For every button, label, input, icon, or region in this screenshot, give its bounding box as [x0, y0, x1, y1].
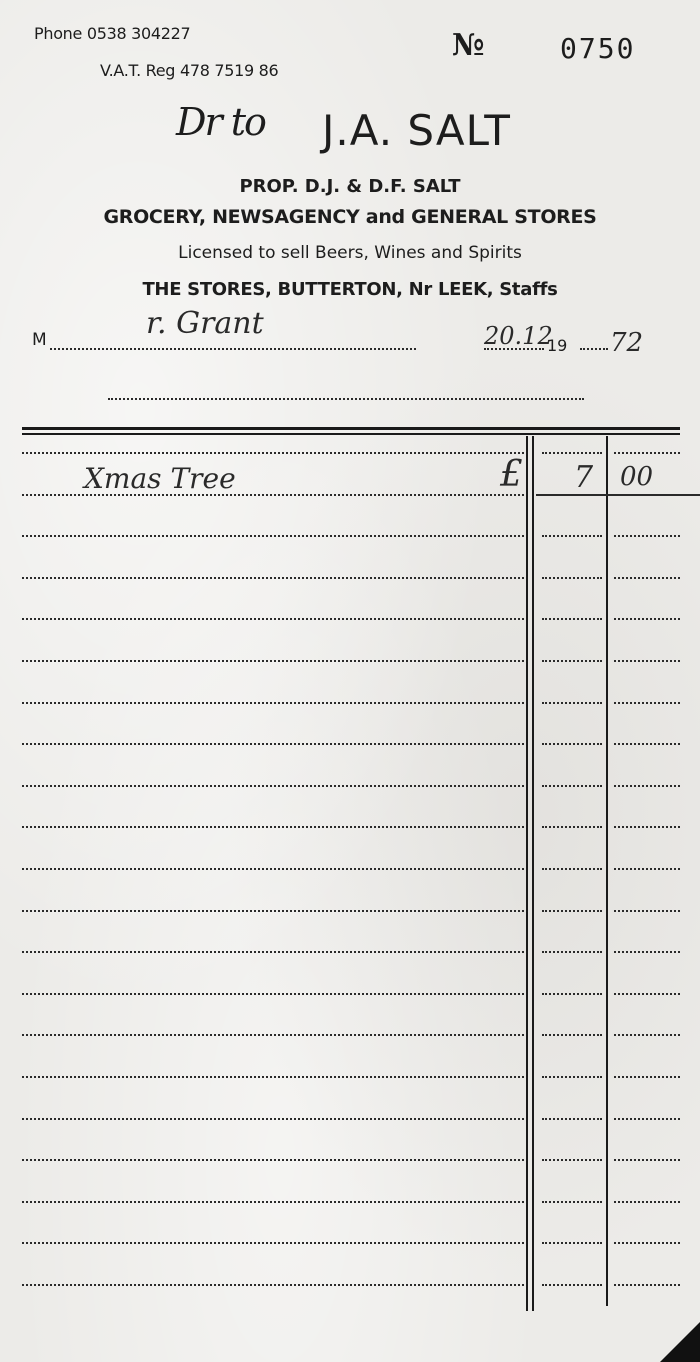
pounds-row-line	[542, 1076, 602, 1078]
pence-row-line	[614, 618, 680, 620]
description-row-line	[22, 993, 524, 995]
license-text: Licensed to sell Beers, Wines and Spirit…	[0, 243, 700, 263]
pence-row-line	[614, 993, 680, 995]
pounds-row-line	[542, 1201, 602, 1203]
pounds-row-line	[542, 1118, 602, 1120]
description-row-line	[22, 660, 524, 662]
year-line	[580, 348, 608, 350]
customer-name-line	[50, 348, 416, 350]
pence-row-line	[614, 826, 680, 828]
debtor-prefix: Dr to	[176, 100, 265, 144]
pence-row-line	[614, 1159, 680, 1161]
description-row-line	[22, 1034, 524, 1036]
table-top-rule	[22, 427, 680, 430]
description-row-line	[22, 452, 524, 454]
pence-row-line	[614, 785, 680, 787]
table-top-rule-inner	[22, 433, 680, 435]
pence-row-line	[614, 1118, 680, 1120]
pounds-row-line	[542, 993, 602, 995]
description-row-line	[22, 577, 524, 579]
pence-row-line	[614, 452, 680, 454]
pence-row-line	[614, 1034, 680, 1036]
description-row-line	[22, 702, 524, 704]
description-row-line	[22, 1201, 524, 1203]
pence-row-line	[614, 702, 680, 704]
pence-row-line	[614, 577, 680, 579]
number-label: №	[452, 28, 485, 63]
pence-row-line	[614, 743, 680, 745]
pounds-row-line	[542, 1034, 602, 1036]
store-address: THE STORES, BUTTERTON, Nr LEEK, Staffs	[0, 279, 700, 300]
description-row-line	[22, 910, 524, 912]
salutation-label: M	[32, 330, 47, 350]
description-row-line	[22, 1284, 524, 1286]
address-line	[108, 398, 584, 400]
item-description: Xmas Tree	[84, 462, 236, 495]
currency-symbol: £	[500, 454, 523, 495]
invoice-number: 0750	[560, 32, 635, 65]
firm-name: J.A. SALT	[322, 106, 511, 155]
pence-row-line	[614, 660, 680, 662]
column-divider-pence	[606, 436, 608, 1306]
description-row-line	[22, 868, 524, 870]
century-label: 19	[547, 336, 567, 355]
description-row-line	[22, 826, 524, 828]
pounds-row-line	[542, 910, 602, 912]
phone-number: Phone 0538 304227	[34, 24, 190, 43]
column-divider-pounds-left-inner	[532, 436, 534, 1311]
pounds-row-line	[542, 868, 602, 870]
description-row-line	[22, 785, 524, 787]
paper-corner-fold	[660, 1322, 700, 1362]
description-row-line	[22, 1076, 524, 1078]
date-year: 72	[610, 328, 643, 358]
description-row-line	[22, 951, 524, 953]
description-row-line	[22, 535, 524, 537]
pence-row-line	[614, 1242, 680, 1244]
pounds-row-line	[542, 1284, 602, 1286]
pounds-row-line	[542, 743, 602, 745]
column-divider-pounds-left	[526, 436, 528, 1311]
pence-row-line	[614, 868, 680, 870]
item-pounds: 7	[574, 460, 593, 495]
trade-description: GROCERY, NEWSAGENCY and GENERAL STORES	[0, 206, 700, 228]
pounds-row-line	[542, 951, 602, 953]
pounds-row-line	[542, 1159, 602, 1161]
pounds-row-line	[542, 785, 602, 787]
pounds-row-line	[542, 702, 602, 704]
pounds-row-line	[542, 618, 602, 620]
pounds-row-line	[542, 826, 602, 828]
description-row-line	[22, 1242, 524, 1244]
pounds-row-line	[542, 452, 602, 454]
pence-row-line	[614, 910, 680, 912]
customer-name: r. Grant	[146, 306, 264, 341]
vat-registration: V.A.T. Reg 478 7519 86	[100, 61, 278, 80]
description-row-line	[22, 1159, 524, 1161]
description-row-line	[22, 1118, 524, 1120]
pence-row-line	[614, 1076, 680, 1078]
pounds-row-line	[542, 577, 602, 579]
item-pence: 00	[620, 462, 653, 492]
pounds-row-line	[542, 535, 602, 537]
proprietors: PROP. D.J. & D.F. SALT	[0, 176, 700, 197]
pounds-row-line	[542, 660, 602, 662]
date-day-month: 20.12	[484, 322, 553, 350]
description-row-line	[22, 743, 524, 745]
description-row-line	[22, 618, 524, 620]
pence-row-line	[614, 951, 680, 953]
pence-row-line	[614, 535, 680, 537]
pence-row-line	[614, 1284, 680, 1286]
pounds-row-line	[542, 1242, 602, 1244]
entry-underline	[536, 494, 700, 496]
pence-row-line	[614, 1201, 680, 1203]
